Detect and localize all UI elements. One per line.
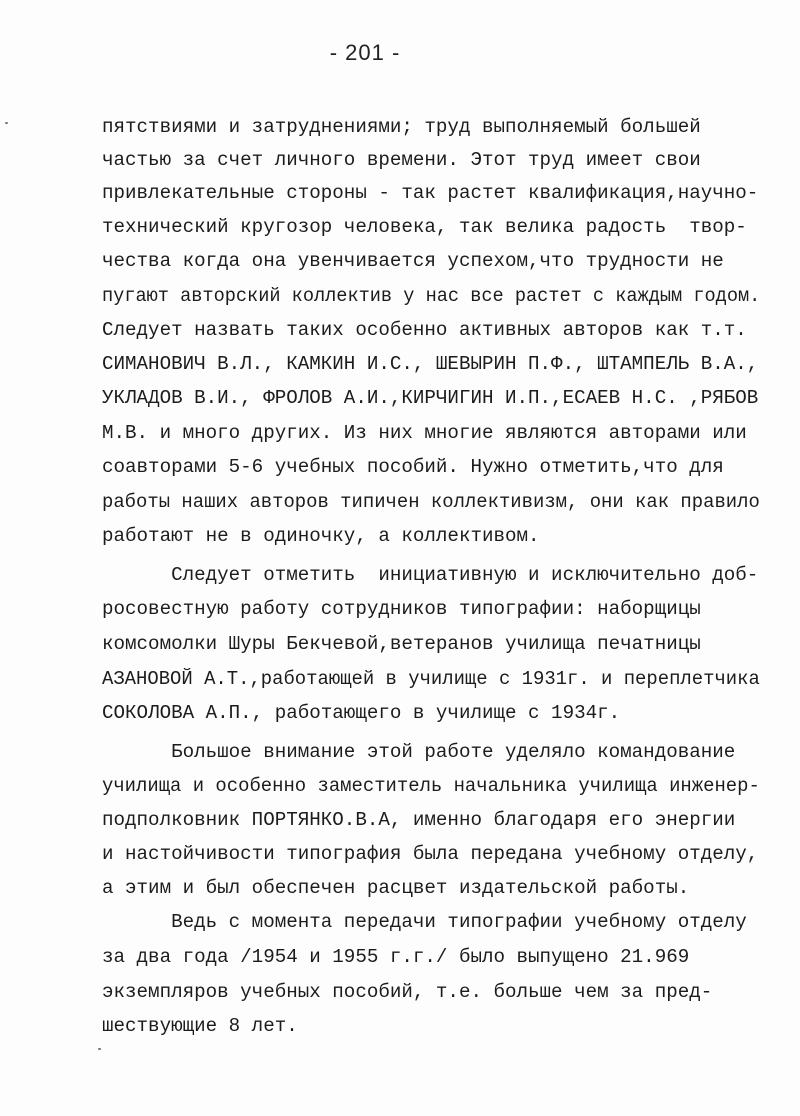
scan-speck	[5, 122, 8, 124]
scan-speck	[98, 1048, 101, 1050]
text-line: росовестную работу сотрудников типографи…	[102, 597, 701, 621]
text-line: СОКОЛОВА А.П., работающего в училище с 1…	[102, 701, 620, 725]
text-line: а этим и был обеспечен расцвет издательс…	[102, 876, 689, 900]
text-line: Ведь с момента передачи типографии учебн…	[102, 910, 747, 934]
text-line: соавторами 5-6 учебных пособий. Нужно от…	[102, 455, 724, 479]
text-line: работают не в одиночку, а коллективом.	[102, 524, 540, 548]
text-line: УКЛАДОВ В.И., ФРОЛОВ А.И.,КИРЧИГИН И.П.,…	[102, 386, 758, 410]
text-line: М.В. и много других. Из них многие являю…	[102, 421, 747, 445]
text-line: АЗАНОВОЙ А.Т.,работающей в училище с 193…	[102, 667, 760, 691]
text-line: комсомолки Шуры Бекчевой,ветеранов учили…	[102, 632, 701, 656]
text-line: пугают авторский коллектив у нас все рас…	[102, 284, 760, 308]
text-line: училища и особенно заместитель начальник…	[102, 774, 760, 798]
text-line: СИМАНОВИЧ В.Л., КАМКИН И.С., ШЕВЫРИН П.Ф…	[102, 352, 758, 376]
text-line: подполковник ПОРТЯНКО.В.А, именно благод…	[102, 808, 735, 832]
text-line: пятствиями и затруднениями; труд выполня…	[102, 115, 701, 139]
document-page: - 201 - пятствиями и затруднениями; труд…	[0, 0, 800, 1116]
text-line: работы наших авторов типичен коллективиз…	[102, 490, 760, 514]
text-line: привлекательные стороны - так растет ква…	[102, 181, 758, 205]
text-line: чества когда она увенчивается успехом,чт…	[102, 249, 724, 273]
text-line: частью за счет личного времени. Этот тру…	[102, 148, 701, 172]
text-line: за два года /1954 и 1955 г.г./ было выпу…	[102, 945, 689, 969]
text-line: экземпляров учебных пособий, т.е. больше…	[102, 980, 712, 1004]
page-number: - 201 -	[0, 40, 730, 66]
text-line: шествующие 8 лет.	[102, 1014, 298, 1038]
text-line: Большое внимание этой работе уделяло ком…	[102, 740, 735, 764]
text-line: Следует назвать таких особенно активных …	[102, 318, 747, 342]
text-line: и настойчивости типография была передана…	[102, 842, 758, 866]
text-line: Следует отметить инициативную и исключит…	[102, 563, 758, 587]
text-line: технический кругозор человека, так велик…	[102, 215, 747, 239]
